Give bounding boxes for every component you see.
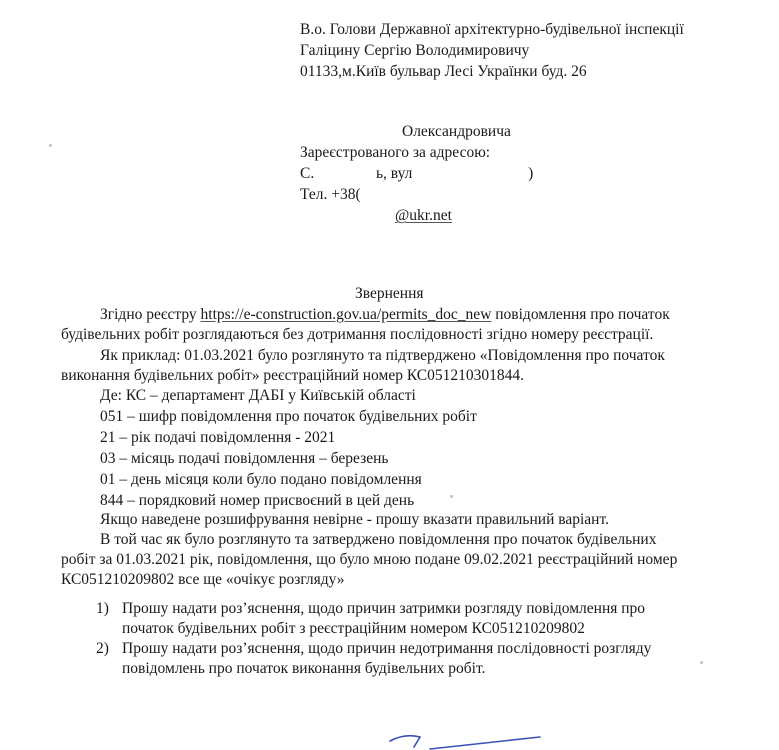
request-2-number: 2) <box>96 639 109 659</box>
paragraph-3: Якщо наведене розшифрування невірне - пр… <box>100 510 609 530</box>
request-1-line-1: Прошу надати роз’яснення, щодо причин за… <box>122 599 645 619</box>
sender-address-label: Зареєстрованого за адресою: <box>300 143 490 163</box>
recipient-line-1: В.о. Голови Державної архітектурно-будів… <box>300 20 684 40</box>
sender-address-end: ) <box>528 165 533 182</box>
request-2-line-1: Прошу надати роз’яснення, щодо причин не… <box>122 639 651 659</box>
paragraph-2-line-2: виконання будівельних робіт» реєстраційн… <box>61 366 524 386</box>
scan-speck <box>450 495 453 498</box>
paragraph-2-line-1: Як приклад: 01.03.2021 було розглянуто т… <box>100 346 665 366</box>
scan-speck <box>49 144 52 147</box>
decode-line: 844 – порядковий номер присвоєний в цей … <box>100 491 414 511</box>
paragraph-1-line-2: будівельних робіт розглядаються без дотр… <box>61 325 653 345</box>
paragraph-4-line-1: В той час як було розглянуто та затвердж… <box>100 530 656 550</box>
document-title: Звернення <box>355 284 424 304</box>
decode-line: 051 – шифр повідомлення про початок буді… <box>100 407 477 427</box>
recipient-line-2: Галіцину Сергію Володимировичу <box>300 41 529 61</box>
paragraph-1-suffix: повідомлення про початок <box>491 306 669 323</box>
paragraph-1-prefix: Згідно реєстру <box>100 306 201 323</box>
registry-link[interactable]: https://e-construction.gov.ua/permits_do… <box>201 306 492 323</box>
decode-line: 21 – рік подачі повідомлення - 2021 <box>100 428 335 448</box>
scan-speck <box>700 661 703 664</box>
request-1-line-2: початок будівельних робіт з реєстраційни… <box>122 619 585 639</box>
paragraph-1-line-1: Згідно реєстру https://e-construction.go… <box>100 305 670 325</box>
paragraph-4-line-2: робіт за 01.03.2021 рік, повідомлення, щ… <box>61 550 677 570</box>
signature-icon <box>380 725 560 750</box>
sender-address: С. ь, вул ) <box>300 164 533 184</box>
sender-phone: Тел. +38( <box>300 185 361 205</box>
request-2-line-2: повідомлень про початок виконання будіве… <box>122 659 485 679</box>
recipient-line-3: 01133,м.Київ бульвар Лесі Українки буд. … <box>300 62 587 82</box>
sender-address-start: С. <box>300 165 314 182</box>
sender-address-mid: ь, вул <box>376 165 412 182</box>
paragraph-4-line-3: КС051210209802 все ще «очікує розгляду» <box>61 570 345 590</box>
sender-email: @ukr.net <box>395 206 452 226</box>
decode-line: Де: КС – департамент ДАБІ у Київській об… <box>100 386 416 406</box>
decode-line: 03 – місяць подачі повідомлення – березе… <box>100 449 388 469</box>
request-1-number: 1) <box>96 599 109 619</box>
decode-line: 01 – день місяця коли було подано повідо… <box>100 470 422 490</box>
sender-name: Олександровича <box>402 122 511 142</box>
